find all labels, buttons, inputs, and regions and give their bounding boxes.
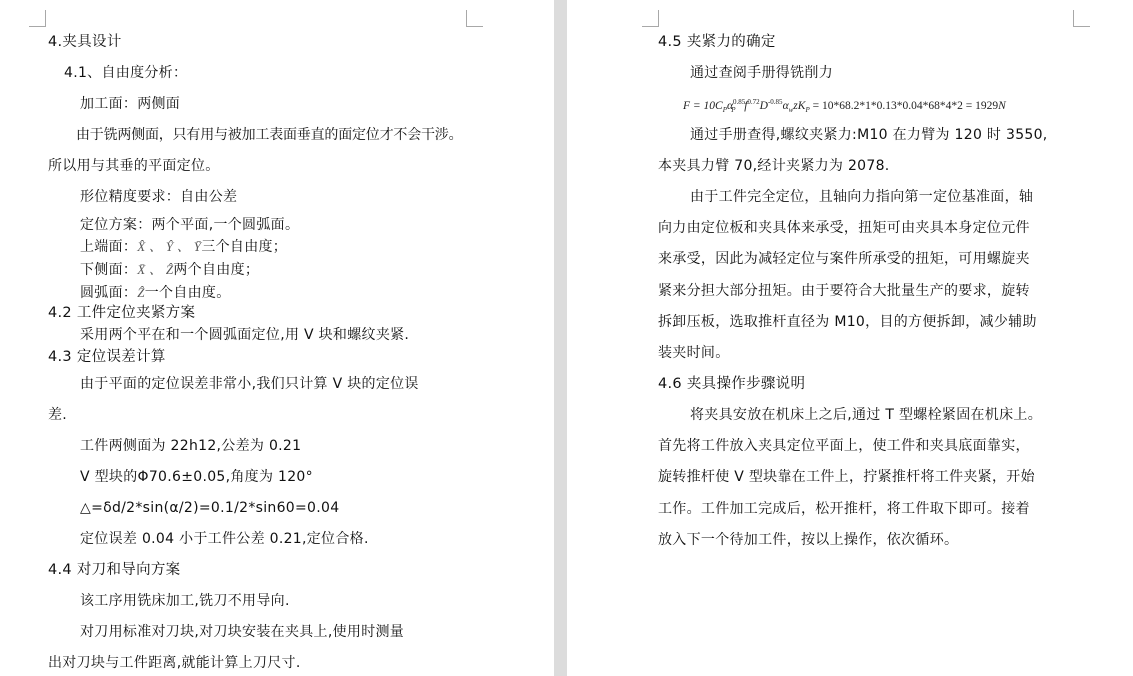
- formula-rhs: = 10*68.2*1*0.13*0.04*68*4*2 = 1929: [810, 100, 998, 112]
- text-paragraph: 拆卸压板，选取推杆直径为 M10，目的方便拆卸，减少辅助: [658, 313, 1037, 331]
- dof-suffix: 一个自由度。: [145, 285, 231, 301]
- heading-tool-setting: 4.4 对刀和导向方案: [48, 561, 180, 579]
- dof-symbols: X̂ 、 Ŷ 、 Ȳ: [137, 239, 201, 254]
- formula-exp: -0.85: [768, 98, 783, 106]
- text-machining-surface: 加工面：两侧面: [80, 95, 180, 113]
- dof-top-surface: 上端面：X̂ 、 Ŷ 、 Ȳ三个自由度；: [80, 238, 287, 256]
- text-paragraph: 装夹时间。: [658, 344, 730, 362]
- text-paragraph: 该工序用铣床加工,铣刀不用导向.: [80, 592, 290, 610]
- text-paragraph: 首先将工件放入夹具定位平面上，使工件和夹具底面靠实，: [658, 437, 1030, 455]
- dof-bottom-surface: 下侧面：X̄ 、 Ẑ两个自由度；: [80, 261, 259, 279]
- text-vblock-spec: V 型块的Φ70.6±0.05,角度为 120°: [80, 468, 313, 486]
- text-paragraph: 由于平面的定位误差非常小,我们只计算 V 块的定位误: [80, 375, 419, 393]
- dof-label: 上端面：: [80, 239, 137, 255]
- formula-exp: 0.72: [747, 98, 759, 106]
- text-paragraph: 通过手册查得,螺纹夹紧力:M10 在力臂为 120 时 3550,: [690, 126, 1048, 144]
- text-paragraph: 出对刀块与工件距离,就能计算上刀尺寸.: [48, 654, 301, 672]
- text-paragraph: 放入下一个待加工件，按以上操作，依次循环。: [658, 531, 958, 549]
- text-paragraph: 本夹具力臂 70,经计夹紧力为 2078.: [658, 157, 890, 175]
- crop-mark-top-right: [1073, 10, 1090, 27]
- text-paragraph: 由于工件完全定位，且轴向力指向第一定位基准面，轴: [690, 188, 1033, 206]
- heading-fixture-design: 4.夹具设计: [48, 33, 122, 51]
- text-paragraph: 所以用与其垂的平面定位。: [48, 157, 220, 175]
- text-paragraph: 旋转推杆使 V 型块靠在工件上，拧紧推杆将工件夹紧，开始: [658, 468, 1035, 486]
- formula-unit: N: [998, 100, 1006, 112]
- dof-suffix: 三个自由度；: [201, 239, 287, 255]
- dof-label: 圆弧面：: [80, 285, 137, 301]
- dof-symbols: X̄ 、 Ẑ: [137, 262, 173, 277]
- heading-clamping-plan: 4.2 工件定位夹紧方案: [48, 304, 195, 322]
- page-separator: [554, 0, 567, 676]
- heading-operation-steps: 4.6 夹具操作步骤说明: [658, 375, 805, 393]
- text-paragraph: 紧来分担大部分扭矩。由于要符合大批量生产的要求，旋转: [658, 282, 1030, 300]
- cutting-force-formula: F = 10CPα0.85P f0.72D-0.85αwzKP = 10*68.…: [683, 94, 1006, 118]
- text-paragraph: 由于铣两侧面，只有用与被加工表面垂直的面定位才不会干涉。: [76, 126, 462, 144]
- text-error-conclusion: 定位误差 0.04 小于工件公差 0.21,定位合格.: [80, 530, 369, 548]
- crop-mark-top-left: [642, 10, 659, 27]
- text-tolerance-req: 形位精度要求：自由公差: [80, 188, 237, 206]
- text-paragraph: 将夹具安放在机床上之后,通过 T 型螺栓紧固在机床上。: [690, 406, 1042, 424]
- document-page-left: 4.夹具设计 4.1、自由度分析： 加工面：两侧面 由于铣两侧面，只有用与被加工…: [0, 0, 554, 676]
- text-workpiece-tolerance: 工件两侧面为 22h12,公差为 0.21: [80, 437, 301, 455]
- heading-dof-analysis: 4.1、自由度分析：: [64, 64, 187, 82]
- document-page-right: 4.5 夹紧力的确定 通过查阅手册得铣削力 F = 10CPα0.85P f0.…: [567, 0, 1133, 676]
- dof-suffix: 两个自由度；: [173, 262, 259, 278]
- crop-mark-top-right: [466, 10, 483, 27]
- formula-lhs: F = 10C: [683, 100, 723, 112]
- dof-label: 下侧面：: [80, 262, 137, 278]
- dof-arc-surface: 圆弧面：Ẑ一个自由度。: [80, 284, 231, 302]
- dof-symbols: Ẑ: [137, 285, 145, 300]
- text-paragraph: 工作。工件加工完成后，松开推杆，将工件取下即可。接着: [658, 500, 1030, 518]
- text-paragraph: 采用两个平在和一个圆弧面定位,用 V 块和螺纹夹紧.: [80, 326, 409, 344]
- heading-error-calc: 4.3 定位误差计算: [48, 348, 166, 366]
- text-paragraph: 对刀用标准对刀块,对刀块安装在夹具上,使用时测量: [80, 623, 404, 641]
- text-cutting-force-intro: 通过查阅手册得铣削力: [690, 64, 833, 82]
- heading-clamping-force: 4.5 夹紧力的确定: [658, 33, 776, 51]
- text-paragraph: 来承受，因此为减轻定位与案件所承受的扭矩，可用螺旋夹: [658, 250, 1030, 268]
- text-paragraph: 向力由定位板和夹具体来承受，扭矩可由夹具本身定位元件: [658, 219, 1030, 237]
- text-error-formula: △=δd/2*sin(α/2)=0.1/2*sin60=0.04: [80, 499, 339, 517]
- text-paragraph: 差.: [48, 406, 67, 424]
- text-positioning-plan: 定位方案：两个平面,一个圆弧面。: [80, 216, 299, 234]
- crop-mark-top-left: [29, 10, 46, 27]
